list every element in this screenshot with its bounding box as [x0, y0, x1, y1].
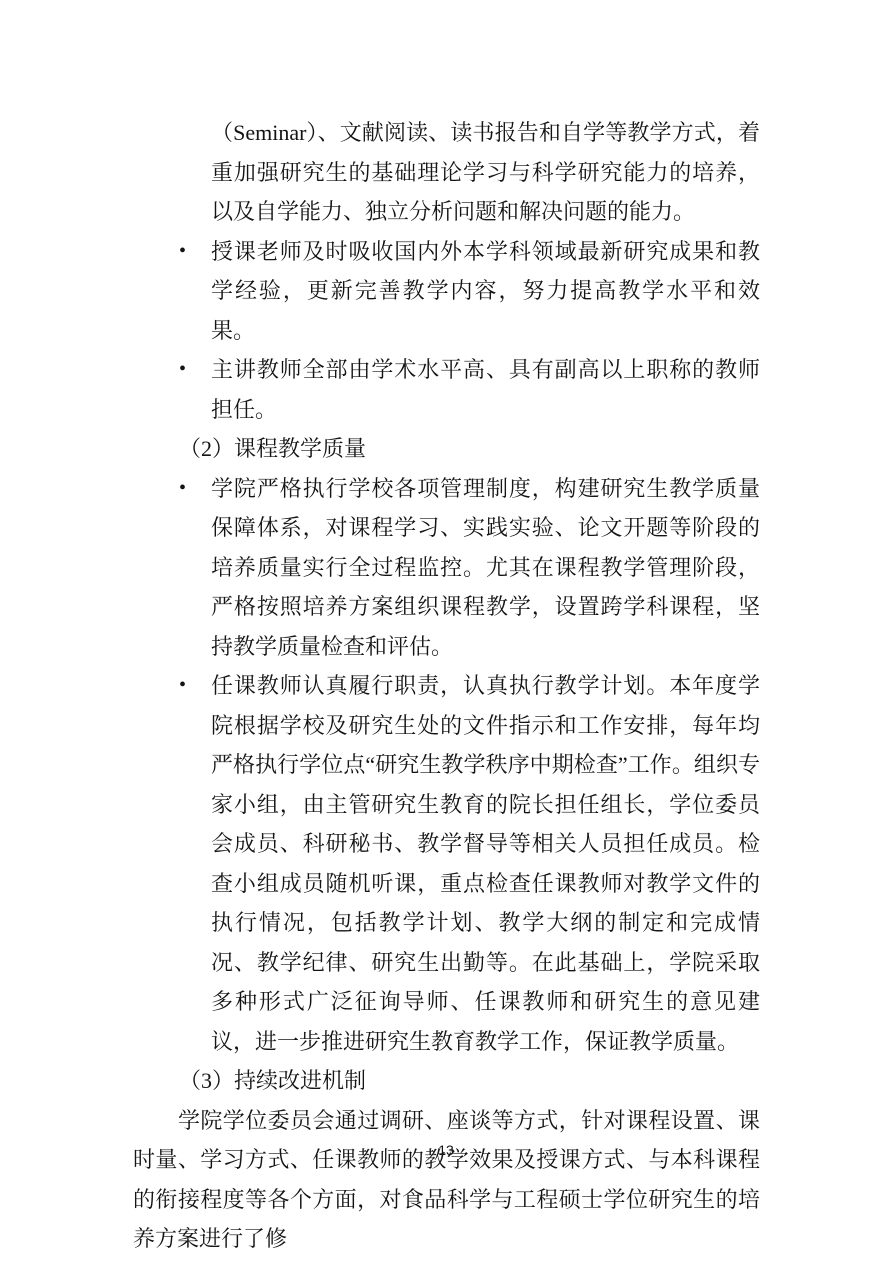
page-number: 13	[438, 1142, 454, 1158]
list-item-text: 主讲教师全部由学术水平高、具有副高以上职称的教师担任。	[211, 357, 760, 422]
bullet-icon: •	[179, 666, 186, 706]
list-item: • 学院严格执行学校各项管理制度，构建研究生教学质量保障体系，对课程学习、实践实…	[133, 469, 760, 667]
paragraph-seminar-continuation: （Seminar）、文献阅读、读书报告和自学等教学方式，着重加强研究生的基础理论…	[211, 113, 760, 232]
page-footer: 13	[0, 1141, 892, 1160]
bullet-icon: •	[179, 350, 186, 390]
section-heading-2: （2）课程教学质量	[179, 429, 760, 469]
list-item-text: 授课老师及时吸收国内外本学科领域最新研究成果和教学经验，更新完善教学内容，努力提…	[211, 239, 760, 343]
bullet-icon: •	[179, 469, 186, 509]
page-body: （Seminar）、文献阅读、读书报告和自学等教学方式，着重加强研究生的基础理论…	[133, 113, 760, 1259]
bullet-icon: •	[179, 232, 186, 272]
document-page: （Seminar）、文献阅读、读书报告和自学等教学方式，着重加强研究生的基础理论…	[0, 0, 892, 1261]
section-heading-3: （3）持续改进机制	[179, 1061, 760, 1101]
list-item: • 授课老师及时吸收国内外本学科领域最新研究成果和教学经验，更新完善教学内容，努…	[133, 232, 760, 351]
paragraph-closing: 学院学位委员会通过调研、座谈等方式，针对课程设置、课时量、学习方式、任课教师的教…	[133, 1101, 760, 1259]
list-item-text: 任课教师认真履行职责，认真执行教学计划。本年度学院根据学校及研究生处的文件指示和…	[211, 673, 760, 1054]
list-item-text: 学院严格执行学校各项管理制度，构建研究生教学质量保障体系，对课程学习、实践实验、…	[211, 476, 760, 659]
list-item: • 主讲教师全部由学术水平高、具有副高以上职称的教师担任。	[133, 350, 760, 429]
list-item: • 任课教师认真履行职责，认真执行教学计划。本年度学院根据学校及研究生处的文件指…	[133, 666, 760, 1061]
